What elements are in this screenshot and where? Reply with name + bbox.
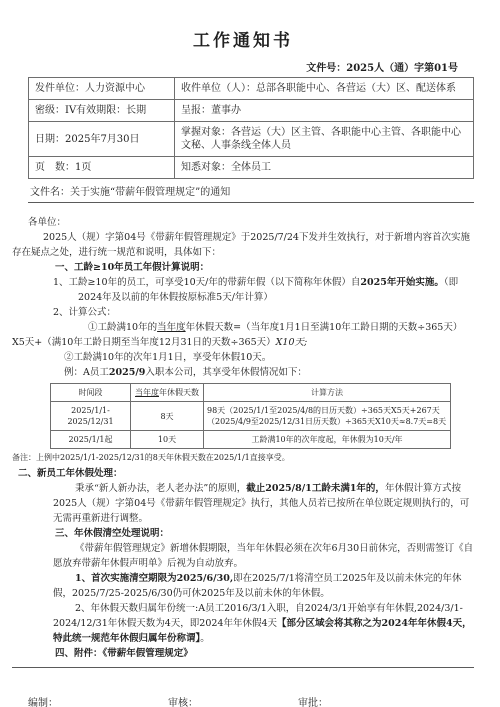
signature-label: 审批： bbox=[298, 694, 328, 707]
text-segment: 当年度 bbox=[135, 388, 159, 397]
text-segment: 年休假天数=（当年度1月1日至满10年工龄日期的天数÷365天）X5天+（满10… bbox=[12, 322, 462, 348]
header-table-cell: 呈报：董事办 bbox=[175, 100, 474, 122]
text-segment: 2025/9 bbox=[109, 367, 146, 378]
header-table-row: 日期：2025年7月30日掌握对象：各营运（大）区主管、各职能中心主管、各职能中… bbox=[29, 122, 474, 157]
signature-label: 审核： bbox=[168, 694, 198, 707]
text-segment: 四、附件： bbox=[55, 648, 103, 659]
table-footnote: 备注：上例中2025/1/1-2025/12/31的8天年休假天数在2025/1… bbox=[12, 451, 474, 464]
document-page: 工作通知书 文件号：2025人（通）字第01号 发件单位：人力资源中心收件单位（… bbox=[0, 0, 500, 707]
text-segment: 《带薪年假管理规定》新增休假期限，当年年休假必须在次年6月30日前休完，否则需签… bbox=[53, 543, 473, 569]
example-table-cell: 10天 bbox=[131, 431, 204, 449]
text-segment: 2025/1/1-2025/12/31 bbox=[67, 406, 113, 426]
text-segment: 入职本公司，其享受年休假情况如下： bbox=[145, 367, 307, 378]
paragraph: 例：A员工2025/9入职本公司，其享受年休假情况如下： bbox=[64, 365, 474, 380]
paragraph: 一、工龄≥10年员工年假计算说明： bbox=[55, 260, 474, 275]
header-table-cell: 知悉对象：全体员工 bbox=[175, 157, 474, 179]
header-table-cell: 日期：2025年7月30日 bbox=[29, 122, 175, 157]
paragraph: 三、年休假清空处理说明： bbox=[55, 526, 474, 541]
example-table-cell: 98天（2025/1/1至2025/4/8的日历天数）÷365天X5天+267天… bbox=[204, 402, 451, 431]
text-segment: 2、计算公式： bbox=[53, 307, 116, 318]
text-segment: 10天 bbox=[158, 435, 176, 444]
page-title: 工作通知书 bbox=[12, 26, 474, 51]
text-segment: 各单位： bbox=[28, 217, 66, 228]
text-segment: 工龄满10年的次年度起，年休假为10天/年 bbox=[251, 435, 402, 444]
header-table-cell: 页 数：1页 bbox=[29, 157, 175, 179]
text-segment: 1、首次实施清空期限为2025/6/30, bbox=[75, 573, 233, 584]
text-segment: 截止2025/8/1工龄未满1年的， bbox=[246, 483, 385, 494]
example-table-cell: 工龄满10年的次年度起，年休假为10天/年 bbox=[204, 431, 451, 449]
text-segment: 当年度 bbox=[157, 322, 186, 333]
text-segment: 2025年开始实施。 bbox=[360, 277, 443, 288]
example-table-body: 2025/1/1-2025/12/318天98天（2025/1/1至2025/4… bbox=[51, 402, 451, 449]
example-table-row: 2025/1/1-2025/12/318天98天（2025/1/1至2025/4… bbox=[51, 402, 451, 431]
text-segment: 2025/1/1起 bbox=[69, 435, 113, 444]
header-fields-table: 发件单位：人力资源中心收件单位（人）：总部各职能中心、各营运（大）区、配送体系密… bbox=[28, 77, 474, 179]
header-table-body: 发件单位：人力资源中心收件单位（人）：总部各职能中心、各营运（大）区、配送体系密… bbox=[29, 78, 474, 179]
example-table-cell: 8天 bbox=[131, 402, 204, 431]
paragraph: 2、年休假天数归属年份统一:A员工2016/3/1入职，自2024/3/1开始享… bbox=[53, 601, 474, 646]
file-name-line: 文件名：关于实施“带薪年假管理规定”的通知 bbox=[28, 179, 474, 203]
example-table-header-cell: 时间段 bbox=[51, 384, 131, 402]
document-body: 各单位：2025人（规）字第04号《带薪年假管理规定》于2025/7/24下发并… bbox=[12, 215, 474, 661]
header-table-cell: 收件单位（人）：总部各职能中心、各营运（大）区、配送体系 bbox=[175, 78, 474, 100]
header-table-row: 页 数：1页知悉对象：全体员工 bbox=[29, 157, 474, 179]
paragraph: 各单位： bbox=[28, 215, 474, 230]
example-table-header-cell: 计算方法 bbox=[204, 384, 451, 402]
header-table-cell: 发件单位：人力资源中心 bbox=[29, 78, 175, 100]
example-table-row: 2025/1/1起10天工龄满10年的次年度起，年休假为10天/年 bbox=[51, 431, 451, 449]
text-segment: 计算方法 bbox=[311, 388, 343, 397]
paragraph: 2025人（规）字第04号《带薪年假管理规定》于2025/7/24下发并生效执行… bbox=[12, 230, 474, 260]
text-segment: 时间段 bbox=[79, 388, 103, 397]
text-segment: 《带薪年假管理规定》 bbox=[103, 648, 193, 659]
paragraph: 二、新员工年休假处理： bbox=[18, 466, 474, 481]
body-before: 各单位：2025人（规）字第04号《带薪年假管理规定》于2025/7/24下发并… bbox=[12, 215, 474, 380]
text-segment: 。 bbox=[200, 633, 210, 644]
paragraph: 1、首次实施清空期限为2025/6/30,即在2025/7/1将清空员工2025… bbox=[53, 571, 474, 601]
header-table-row: 发件单位：人力资源中心收件单位（人）：总部各职能中心、各营运（大）区、配送体系 bbox=[29, 78, 474, 100]
text-segment: 98天（2025/1/1至2025/4/8的日历天数）÷365天X5天+267天… bbox=[207, 406, 446, 426]
example-table-head-row: 时间段当年度年休假天数计算方法 bbox=[51, 384, 451, 402]
example-table-cell: 2025/1/1-2025/12/31 bbox=[51, 402, 131, 431]
example-table-header-cell: 当年度年休假天数 bbox=[131, 384, 204, 402]
leave-example-table: 时间段当年度年休假天数计算方法 2025/1/1-2025/12/318天98天… bbox=[50, 383, 451, 449]
paragraph: 秉承“新人新办法，老人老办法”的原则，截止2025/8/1工龄未满1年的，年休假… bbox=[53, 481, 474, 526]
paragraph: 《带薪年假管理规定》新增休假期限，当年年休假必须在次年6月30日前休完，否则需签… bbox=[53, 541, 474, 571]
text-segment: X10天; bbox=[276, 337, 308, 348]
text-segment: 2025人（规）字第04号《带薪年假管理规定》于2025/7/24下发并生效执行… bbox=[12, 232, 470, 258]
paragraph: 四、附件：《带薪年假管理规定》 bbox=[55, 646, 474, 661]
example-table-cell: 2025/1/1起 bbox=[51, 431, 131, 449]
document-number: 文件号：2025人（通）字第01号 bbox=[12, 59, 474, 74]
text-segment: 8天 bbox=[160, 412, 173, 421]
paragraph: 1、工龄≥10年的员工，可享受10天/年的带薪年假（以下简称年休假）自2025年… bbox=[78, 275, 474, 305]
footer-row: 编制：审核：审批： bbox=[12, 694, 474, 707]
signature-label: 编制： bbox=[28, 694, 58, 707]
text-segment: 例：A员工 bbox=[64, 367, 109, 378]
signature-footer: 编制：审核：审批： bbox=[12, 667, 474, 707]
text-segment: 年休假天数 bbox=[159, 388, 199, 397]
text-segment: 一、工龄≥10年员工年假计算说明： bbox=[55, 262, 209, 273]
header-table-row: 密级：IV有效期限：长期呈报：董事办 bbox=[29, 100, 474, 122]
text-segment: ②工龄满10年的次年1月1日，享受年休假10天。 bbox=[64, 352, 271, 363]
text-segment: 二、新员工年休假处理： bbox=[18, 468, 123, 479]
paragraph: ①工龄满10年的当年度年休假天数=（当年度1月1日至满10年工龄日期的天数÷36… bbox=[12, 320, 474, 350]
paragraph: ②工龄满10年的次年1月1日，享受年休假10天。 bbox=[64, 350, 474, 365]
text-segment: 秉承“新人新办法，老人老办法”的原则， bbox=[75, 483, 246, 494]
text-segment: 三、年休假清空处理说明： bbox=[55, 528, 169, 539]
paragraph: 2、计算公式： bbox=[78, 305, 474, 320]
body-after: 二、新员工年休假处理：秉承“新人新办法，老人老办法”的原则，截止2025/8/1… bbox=[12, 466, 474, 661]
text-segment: ①工龄满10年的 bbox=[88, 322, 157, 333]
header-table-cell: 密级：IV有效期限：长期 bbox=[29, 100, 175, 122]
header-table-cell: 掌握对象：各营运（大）区主管、各职能中心主管、各职能中心文秘、人事条线全体人员 bbox=[175, 122, 474, 157]
text-segment: 1、工龄≥10年的员工，可享受10天/年的带薪年假（以下简称年休假）自 bbox=[53, 277, 360, 288]
